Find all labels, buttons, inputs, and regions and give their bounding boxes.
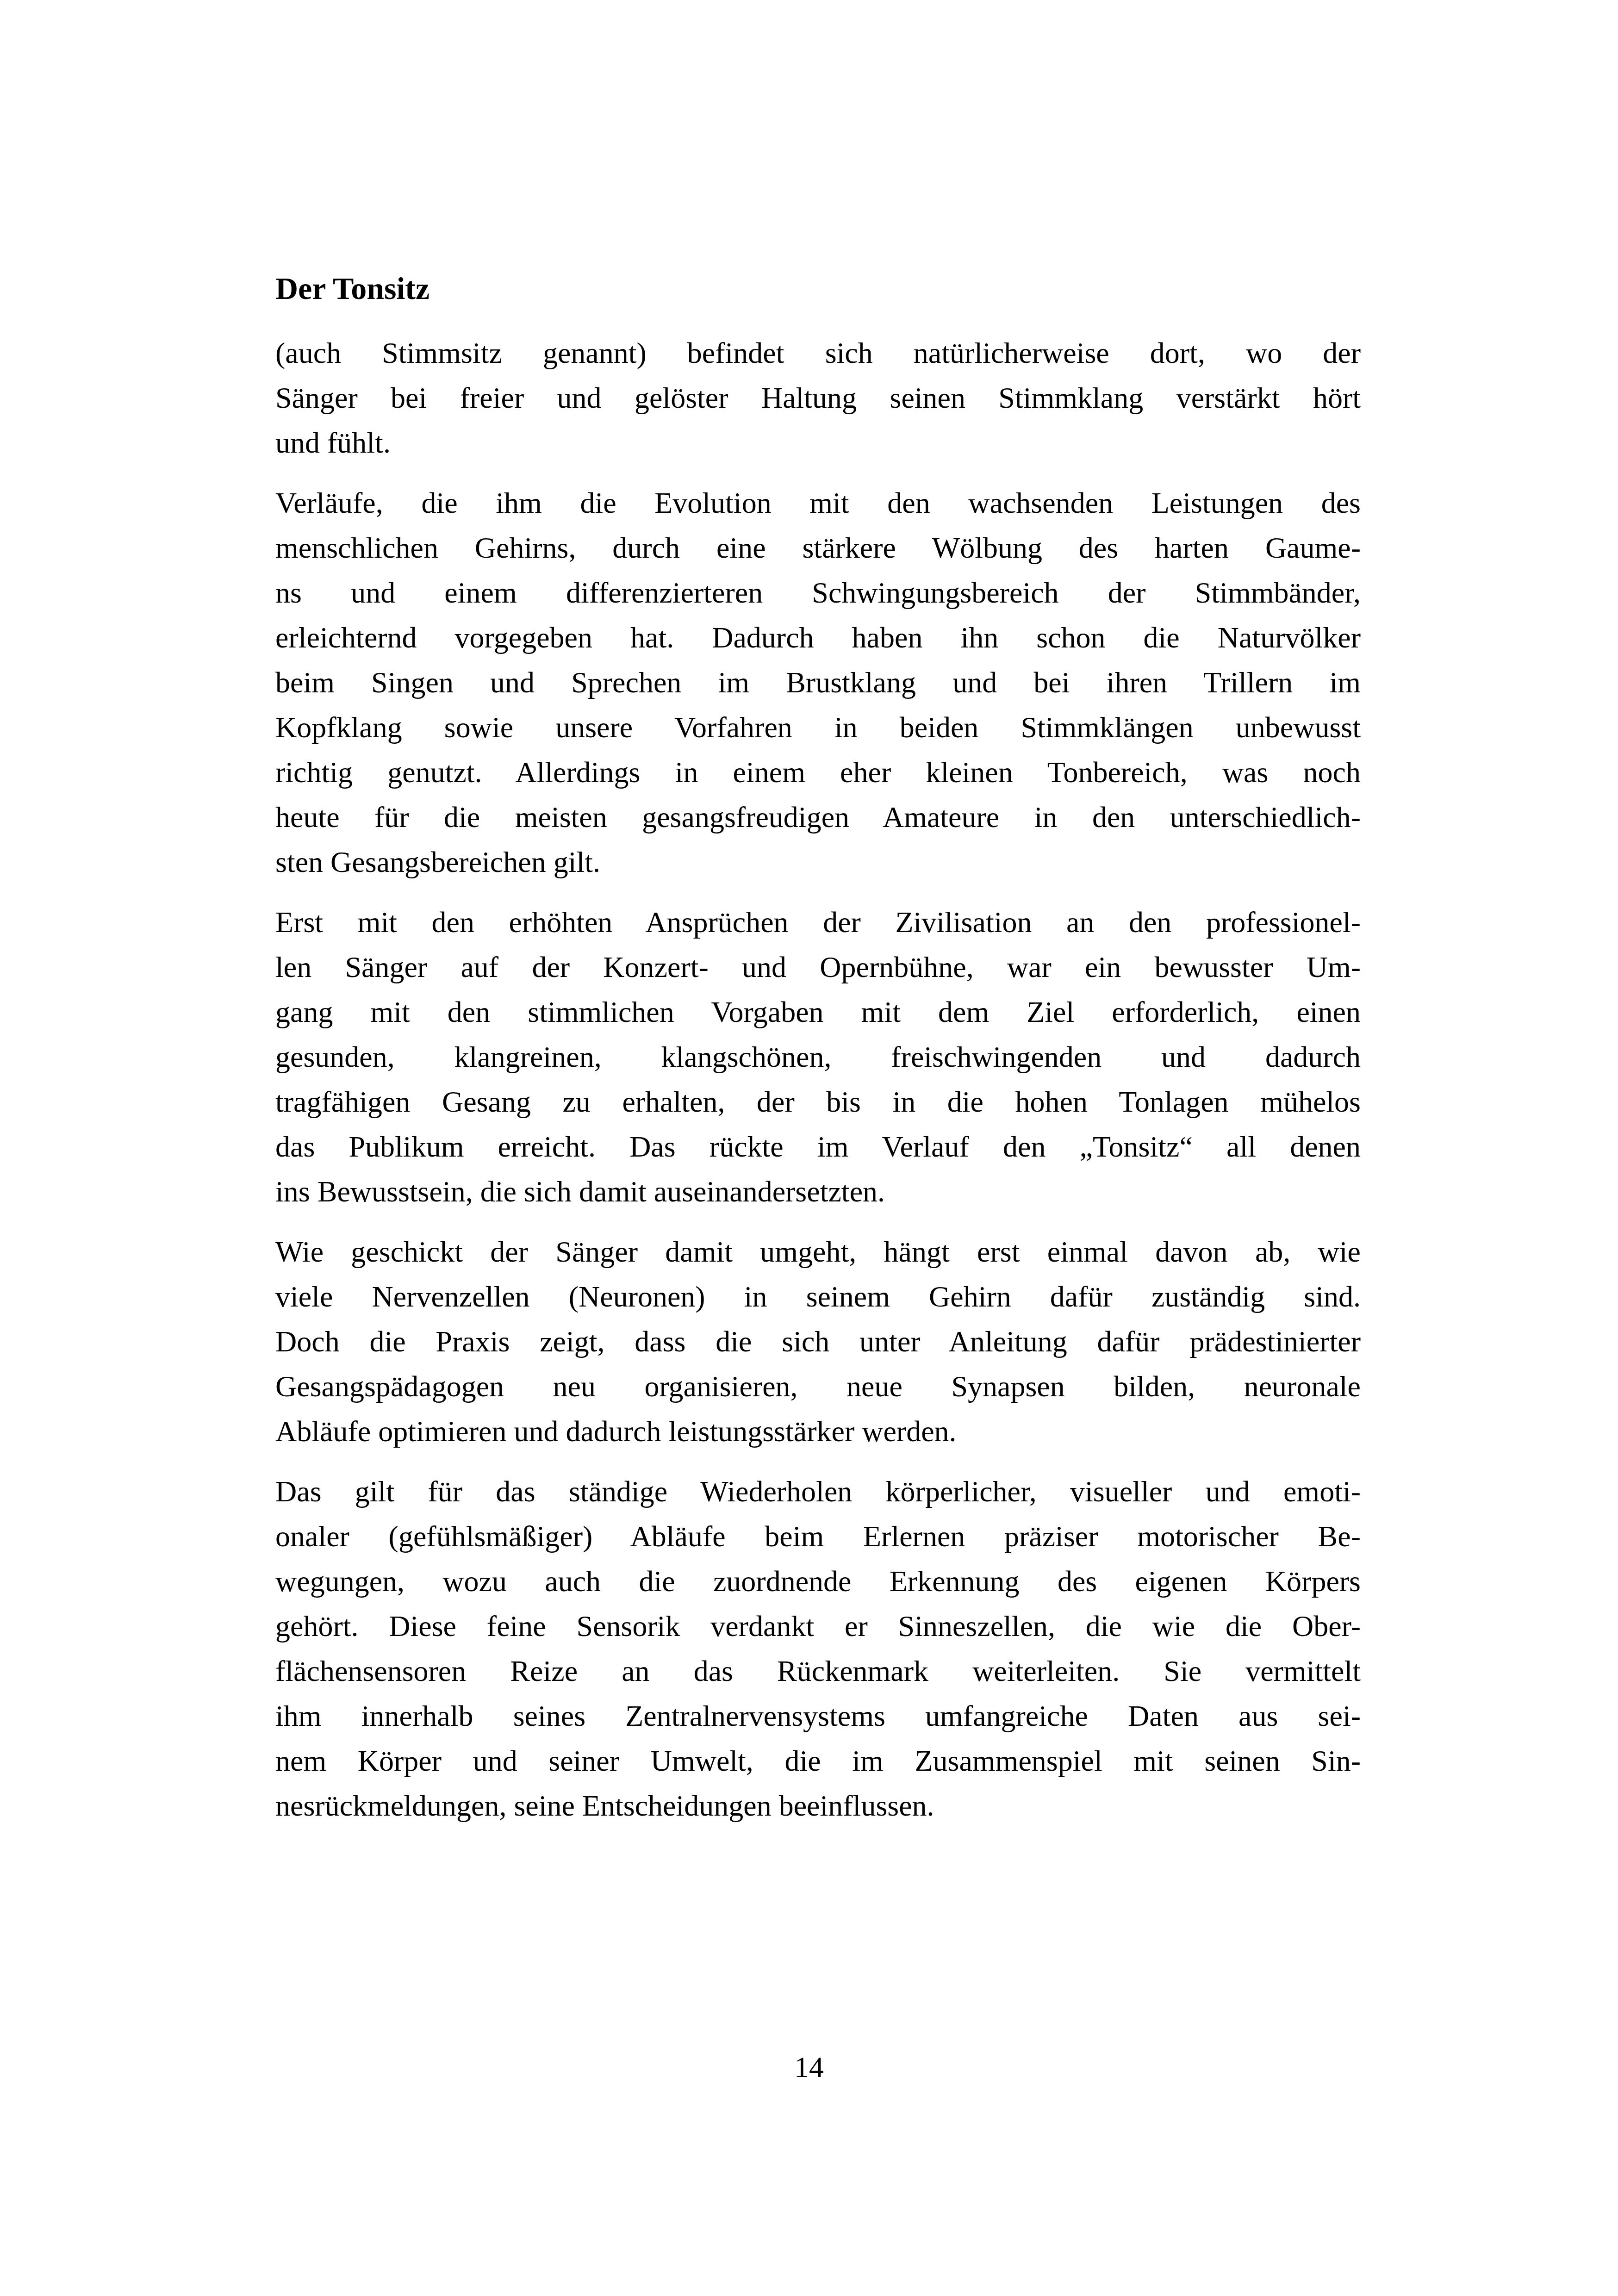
paragraph: (auch Stimmsitz genannt) befindet sich n… bbox=[275, 330, 1361, 465]
text-line: das Publikum erreicht. Das rückte im Ver… bbox=[275, 1124, 1361, 1169]
text-line: richtig genutzt. Allerdings in einem ehe… bbox=[275, 750, 1361, 795]
paragraph: Das gilt für das ständige Wiederholen kö… bbox=[275, 1469, 1361, 1828]
text-line: sten Gesangsbereichen gilt. bbox=[275, 840, 1361, 884]
paragraph: Wie geschickt der Sänger damit umgeht, h… bbox=[275, 1229, 1361, 1454]
text-line: Sänger bei freier und gelöster Haltung s… bbox=[275, 375, 1361, 420]
text-line: len Sänger auf der Konzert- und Opernbüh… bbox=[275, 945, 1361, 989]
paragraph: Verläufe, die ihm die Evolution mit den … bbox=[275, 480, 1361, 884]
text-line: ins Bewusstsein, die sich damit auseinan… bbox=[275, 1169, 1361, 1214]
text-line: Erst mit den erhöhten Ansprüchen der Ziv… bbox=[275, 900, 1361, 945]
text-block: Der Tonsitz (auch Stimmsitz genannt) bef… bbox=[275, 266, 1361, 1828]
page-number: 14 bbox=[0, 2045, 1618, 2090]
text-line: nesrückmeldungen, seine Entscheidungen b… bbox=[275, 1783, 1361, 1828]
text-line: Doch die Praxis zeigt, dass die sich unt… bbox=[275, 1319, 1361, 1364]
text-line: ihm innerhalb seines Zentralnervensystem… bbox=[275, 1693, 1361, 1738]
text-line: nem Körper und seiner Umwelt, die im Zus… bbox=[275, 1738, 1361, 1783]
section-heading: Der Tonsitz bbox=[275, 266, 1361, 311]
text-line: ns und einem differenzierteren Schwingun… bbox=[275, 570, 1361, 615]
book-page: Der Tonsitz (auch Stimmsitz genannt) bef… bbox=[0, 0, 1618, 2296]
text-line: Kopfklang sowie unsere Vorfahren in beid… bbox=[275, 705, 1361, 750]
text-line: Abläufe optimieren und dadurch leistungs… bbox=[275, 1409, 1361, 1454]
text-line: menschlichen Gehirns, durch eine stärker… bbox=[275, 525, 1361, 570]
text-line: onaler (gefühlsmäßiger) Abläufe beim Erl… bbox=[275, 1514, 1361, 1559]
text-line: wegungen, wozu auch die zuordnende Erken… bbox=[275, 1559, 1361, 1604]
text-line: gesunden, klangreinen, klangschönen, fre… bbox=[275, 1034, 1361, 1079]
text-line: viele Nervenzellen (Neuronen) in seinem … bbox=[275, 1274, 1361, 1319]
text-line: flächensensoren Reize an das Rückenmark … bbox=[275, 1649, 1361, 1693]
text-line: Das gilt für das ständige Wiederholen kö… bbox=[275, 1469, 1361, 1514]
text-line: Wie geschickt der Sänger damit umgeht, h… bbox=[275, 1229, 1361, 1274]
text-line: tragfähigen Gesang zu erhalten, der bis … bbox=[275, 1079, 1361, 1124]
text-line: und fühlt. bbox=[275, 420, 1361, 465]
text-line: heute für die meisten gesangsfreudigen A… bbox=[275, 795, 1361, 840]
text-line: beim Singen und Sprechen im Brustklang u… bbox=[275, 660, 1361, 705]
text-line: gehört. Diese feine Sensorik verdankt er… bbox=[275, 1604, 1361, 1649]
text-line: (auch Stimmsitz genannt) befindet sich n… bbox=[275, 330, 1361, 375]
text-line: gang mit den stimmlichen Vorgaben mit de… bbox=[275, 989, 1361, 1034]
text-line: erleichternd vorgegeben hat. Dadurch hab… bbox=[275, 615, 1361, 660]
body-text: (auch Stimmsitz genannt) befindet sich n… bbox=[275, 330, 1361, 1828]
text-line: Verläufe, die ihm die Evolution mit den … bbox=[275, 480, 1361, 525]
paragraph: Erst mit den erhöhten Ansprüchen der Ziv… bbox=[275, 900, 1361, 1214]
text-line: Gesangspädagogen neu organisieren, neue … bbox=[275, 1364, 1361, 1409]
